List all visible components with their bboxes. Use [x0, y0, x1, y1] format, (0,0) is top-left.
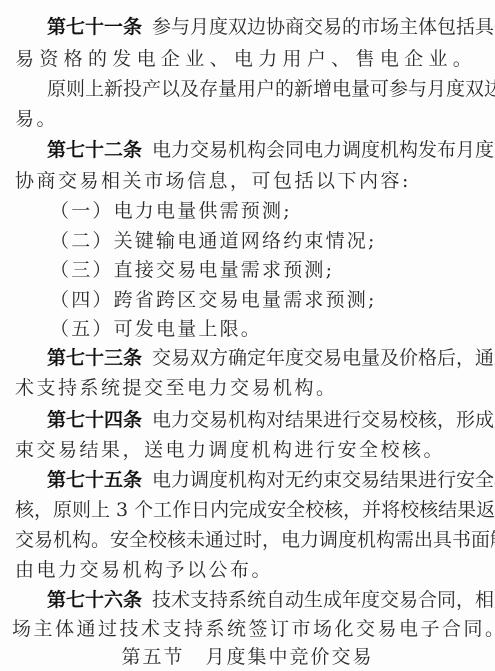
article-number: 第七十二条 [47, 139, 142, 161]
article-72-line-1: 第七十二条电力交易机构会同电力调度机构发布月度双边 [47, 135, 475, 165]
article-text: 术支持系统提交至电力交易机构。 [15, 377, 338, 399]
list-item-text: （一）电力电量供需预测; [50, 200, 292, 222]
section-title: 第五节 月度集中竞价交易 [0, 642, 495, 671]
article-76-line-2: 场主体通过技术支持系统签订市场化交易电子合同。 [12, 614, 495, 644]
article-71-line-2: 易资格的发电企业、电力用户、售电企业。 [15, 44, 475, 74]
list-item-1: （一）电力电量供需预测; [50, 196, 292, 226]
article-number: 第七十六条 [47, 589, 142, 611]
article-number: 第七十五条 [47, 469, 142, 491]
article-text: 束交易结果，送电力调度机构进行安全校核。 [15, 439, 445, 461]
article-text: 电力交易机构对结果进行交易校核，形成无约 [152, 409, 495, 431]
paragraph-text: 原则上新投产以及存量用户的新增电量可参与月度双边交 [47, 78, 495, 100]
article-75-line-3: 交易机构。安全校核未通过时，电力调度机构需出具书面解释， [15, 525, 475, 555]
article-text: 场主体通过技术支持系统签订市场化交易电子合同。 [12, 618, 495, 640]
article-text: 交易双方确定年度交易电量及价格后，通过技 [152, 347, 495, 369]
paragraph-new-production-line-1: 原则上新投产以及存量用户的新增电量可参与月度双边交 [47, 74, 475, 104]
article-74-line-1: 第七十四条电力交易机构对结果进行交易校核，形成无约 [47, 405, 475, 435]
article-text: 交易机构。安全校核未通过时，电力调度机构需出具书面解释， [15, 529, 495, 551]
article-number: 第七十一条 [47, 16, 142, 38]
article-73-line-2: 术支持系统提交至电力交易机构。 [15, 373, 338, 403]
article-76-line-1: 第七十六条技术支持系统自动生成年度交易合同，相关市 [47, 585, 465, 615]
article-text: 电力交易机构会同电力调度机构发布月度双边 [152, 139, 495, 161]
article-number: 第七十四条 [47, 409, 142, 431]
article-75-line-1: 第七十五条电力调度机构对无约束交易结果进行安全校 [47, 465, 455, 495]
list-item-text: （二）关键输电通道网络约束情况; [50, 230, 377, 252]
article-75-line-4: 由电力交易机构予以公布。 [15, 555, 273, 585]
article-74-line-2: 束交易结果，送电力调度机构进行安全校核。 [15, 435, 445, 465]
list-item-4: （四）跨省跨区交易电量需求预测; [50, 285, 377, 315]
article-number: 第七十三条 [47, 347, 142, 369]
list-item-text: （三）直接交易电量需求预测; [50, 259, 334, 281]
document-page: 第七十一条参与月度双边协商交易的市场主体包括具备交 易资格的发电企业、电力用户、… [0, 0, 495, 671]
article-71-line-1: 第七十一条参与月度双边协商交易的市场主体包括具备交 [47, 12, 475, 42]
article-text: 技术支持系统自动生成年度交易合同，相关市 [152, 589, 495, 611]
list-item-2: （二）关键输电通道网络约束情况; [50, 226, 377, 256]
paragraph-new-production-line-2: 易。 [15, 104, 58, 134]
article-73-line-1: 第七十三条交易双方确定年度交易电量及价格后，通过技 [47, 343, 475, 373]
list-item-text: （五）可发电量上限。 [50, 318, 262, 340]
article-text: 易资格的发电企业、电力用户、售电企业。 [15, 48, 475, 70]
article-text: 协商交易相关市场信息，可包括以下内容: [15, 170, 411, 192]
article-text: 电力调度机构对无约束交易结果进行安全校 [152, 469, 495, 491]
list-item-3: （三）直接交易电量需求预测; [50, 255, 334, 285]
article-text: 由电力交易机构予以公布。 [15, 559, 273, 581]
paragraph-text: 易。 [15, 108, 58, 130]
article-text: 核，原则上 3 个工作日内完成安全校核，并将校核结果返回电力 [15, 499, 495, 521]
article-72-line-2: 协商交易相关市场信息，可包括以下内容: [15, 166, 411, 196]
list-item-5: （五）可发电量上限。 [50, 314, 262, 344]
list-item-text: （四）跨省跨区交易电量需求预测; [50, 289, 377, 311]
article-75-line-2: 核，原则上 3 个工作日内完成安全校核，并将校核结果返回电力 [15, 495, 475, 525]
article-text: 参与月度双边协商交易的市场主体包括具备交 [152, 16, 495, 38]
